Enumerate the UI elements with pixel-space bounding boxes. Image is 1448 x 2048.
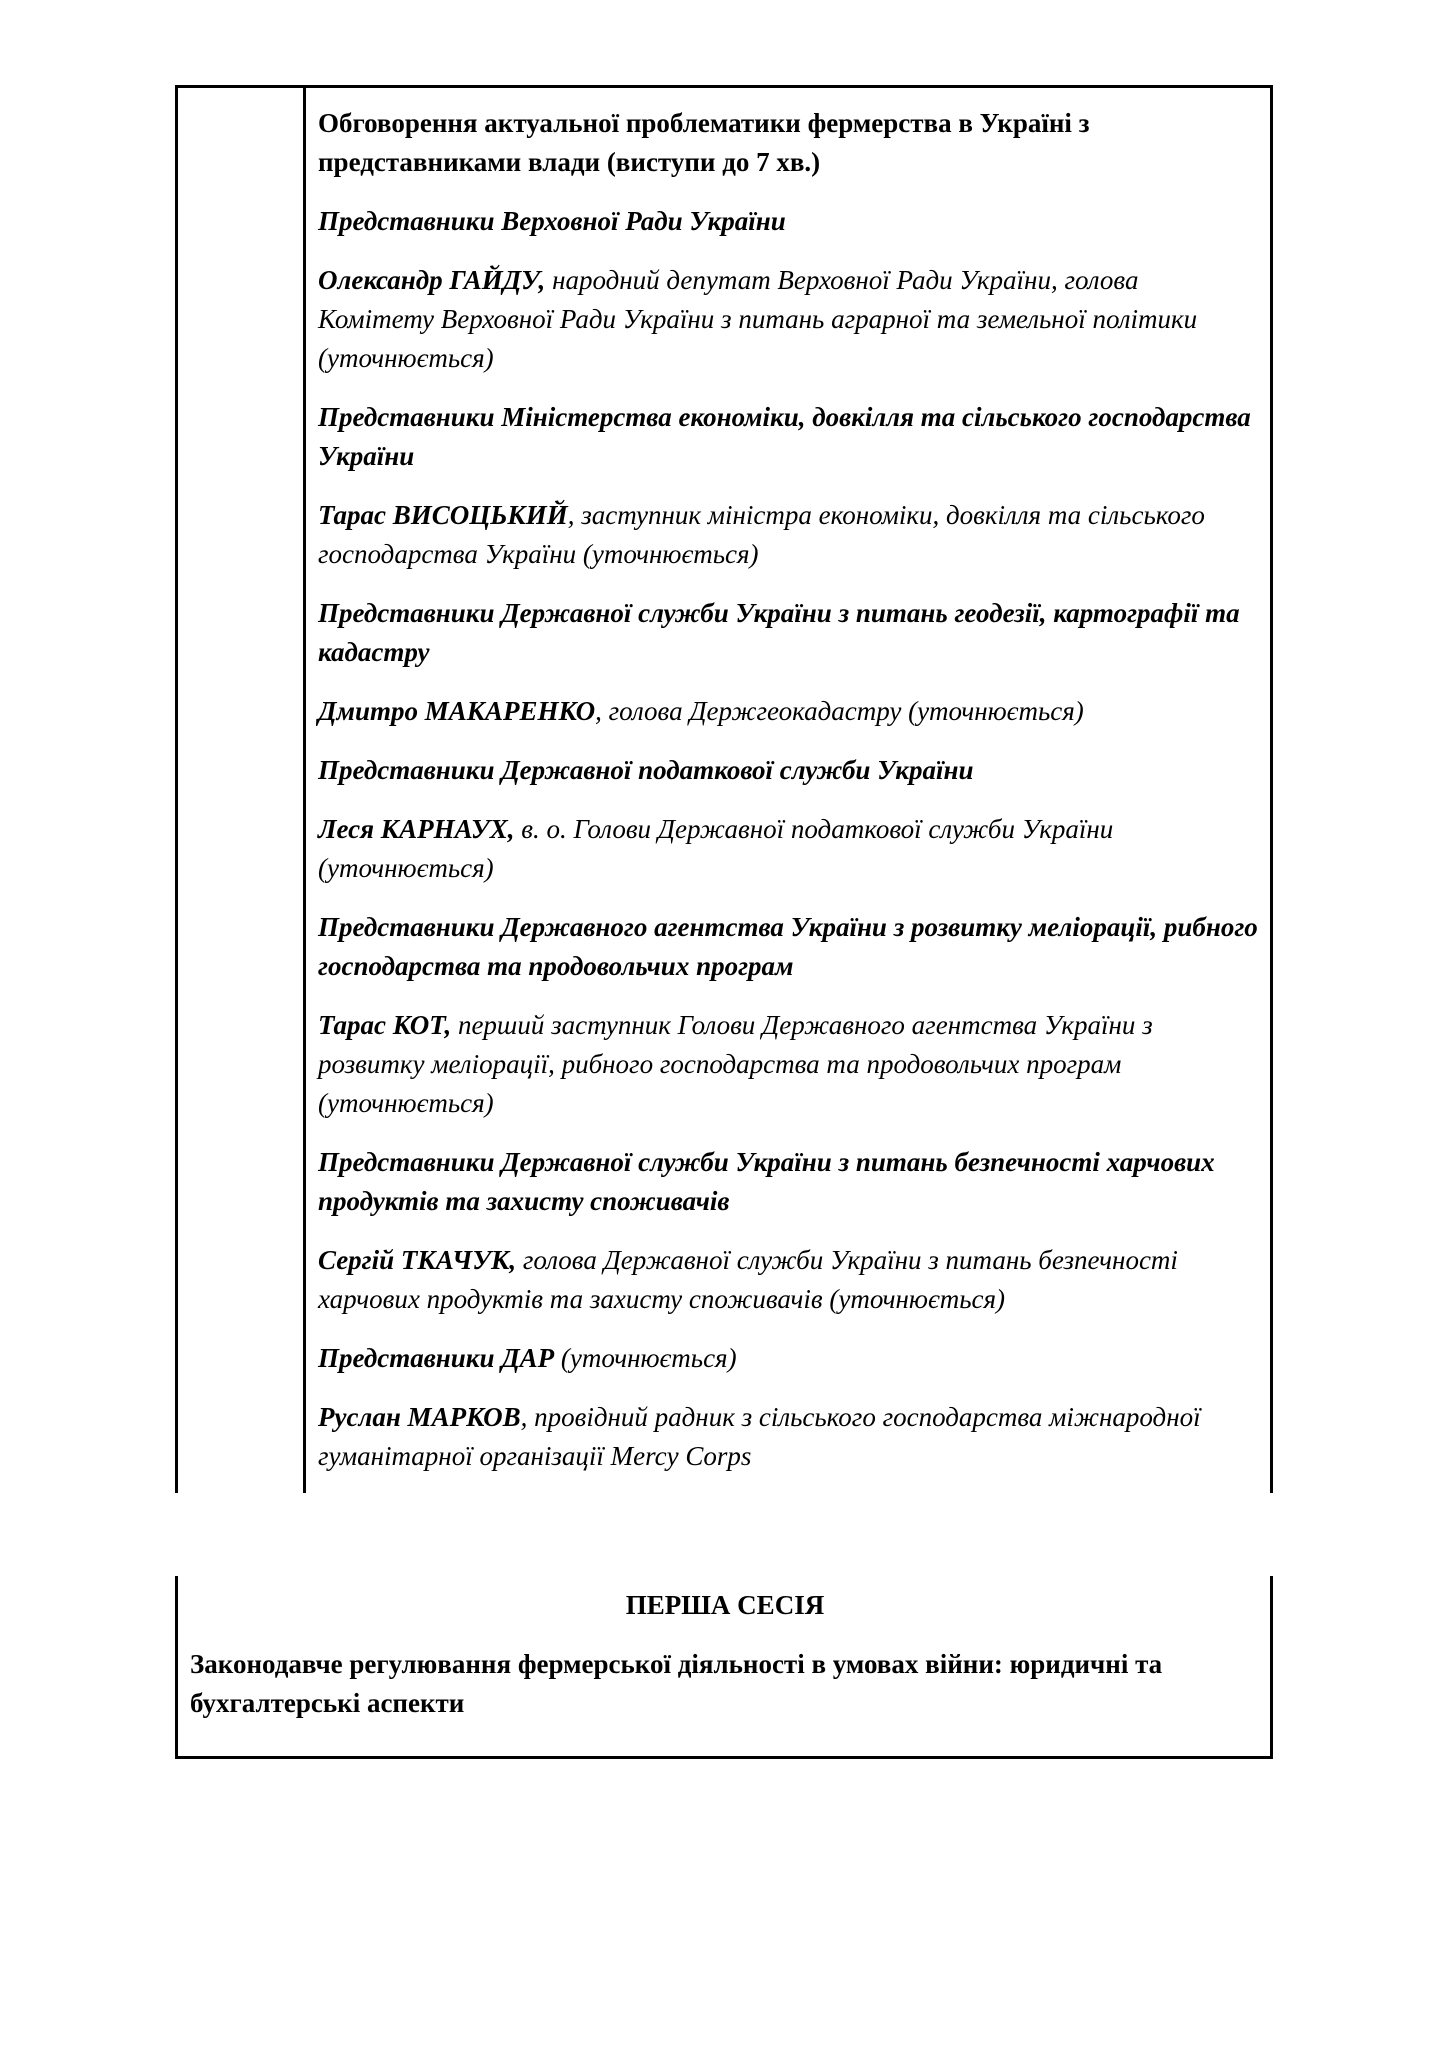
speaker-name: Олександр ГАЙДУ, <box>318 265 545 295</box>
group-heading: Представники Державної податкової служби… <box>318 751 1258 790</box>
agenda-table: Обговорення актуальної проблематики ферм… <box>175 85 1273 1493</box>
speaker-entry: Сергій ТКАЧУК, голова Державної служби У… <box>318 1241 1258 1319</box>
speaker-entry: Тарас КОТ, перший заступник Голови Держа… <box>318 1006 1258 1123</box>
session-content: ПЕРША СЕСІЯ Законодавче регулювання ферм… <box>190 1586 1260 1743</box>
speaker-name: Руслан МАРКОВ <box>318 1402 521 1432</box>
speaker-name: Тарас КОТ, <box>318 1010 451 1040</box>
speaker-name: Сергій ТКАЧУК, <box>318 1245 516 1275</box>
group-heading: Представники Державної служби України з … <box>318 1143 1258 1221</box>
session-subtitle: Законодавче регулювання фермерської діял… <box>190 1645 1260 1723</box>
speaker-role: , голова Держгеокадастру (уточнюється) <box>595 696 1084 726</box>
group-heading: Представники Міністерства економіки, дов… <box>318 398 1258 476</box>
discussion-topic: Обговорення актуальної проблематики ферм… <box>318 104 1258 182</box>
group-heading: Представники Державного агентства Україн… <box>318 908 1258 986</box>
session-title: ПЕРША СЕСІЯ <box>190 1586 1260 1625</box>
group-note: (уточнюється) <box>554 1343 736 1373</box>
speaker-entry: Тарас ВИСОЦЬКИЙ, заступник міністра екон… <box>318 496 1258 574</box>
column-divider <box>303 88 306 1493</box>
speaker-name: Дмитро МАКАРЕНКО <box>318 696 595 726</box>
group-heading: Представники Державної служби України з … <box>318 594 1258 672</box>
session-table: ПЕРША СЕСІЯ Законодавче регулювання ферм… <box>175 1576 1273 1759</box>
group-heading: Представники Верховної Ради України <box>318 202 1258 241</box>
group-name: Представники ДАР <box>318 1343 554 1373</box>
agenda-content: Обговорення актуальної проблематики ферм… <box>318 104 1258 1496</box>
speaker-entry: Дмитро МАКАРЕНКО, голова Держгеокадастру… <box>318 692 1258 731</box>
group-heading-dar: Представники ДАР (уточнюється) <box>318 1339 1258 1378</box>
speaker-entry: Руслан МАРКОВ, провідний радник з сільсь… <box>318 1398 1258 1476</box>
speaker-name: Леся КАРНАУХ, <box>318 814 514 844</box>
speaker-entry: Леся КАРНАУХ, в. о. Голови Державної под… <box>318 810 1258 888</box>
speaker-entry: Олександр ГАЙДУ, народний депутат Верхов… <box>318 261 1258 378</box>
speaker-name: Тарас ВИСОЦЬКИЙ <box>318 500 568 530</box>
